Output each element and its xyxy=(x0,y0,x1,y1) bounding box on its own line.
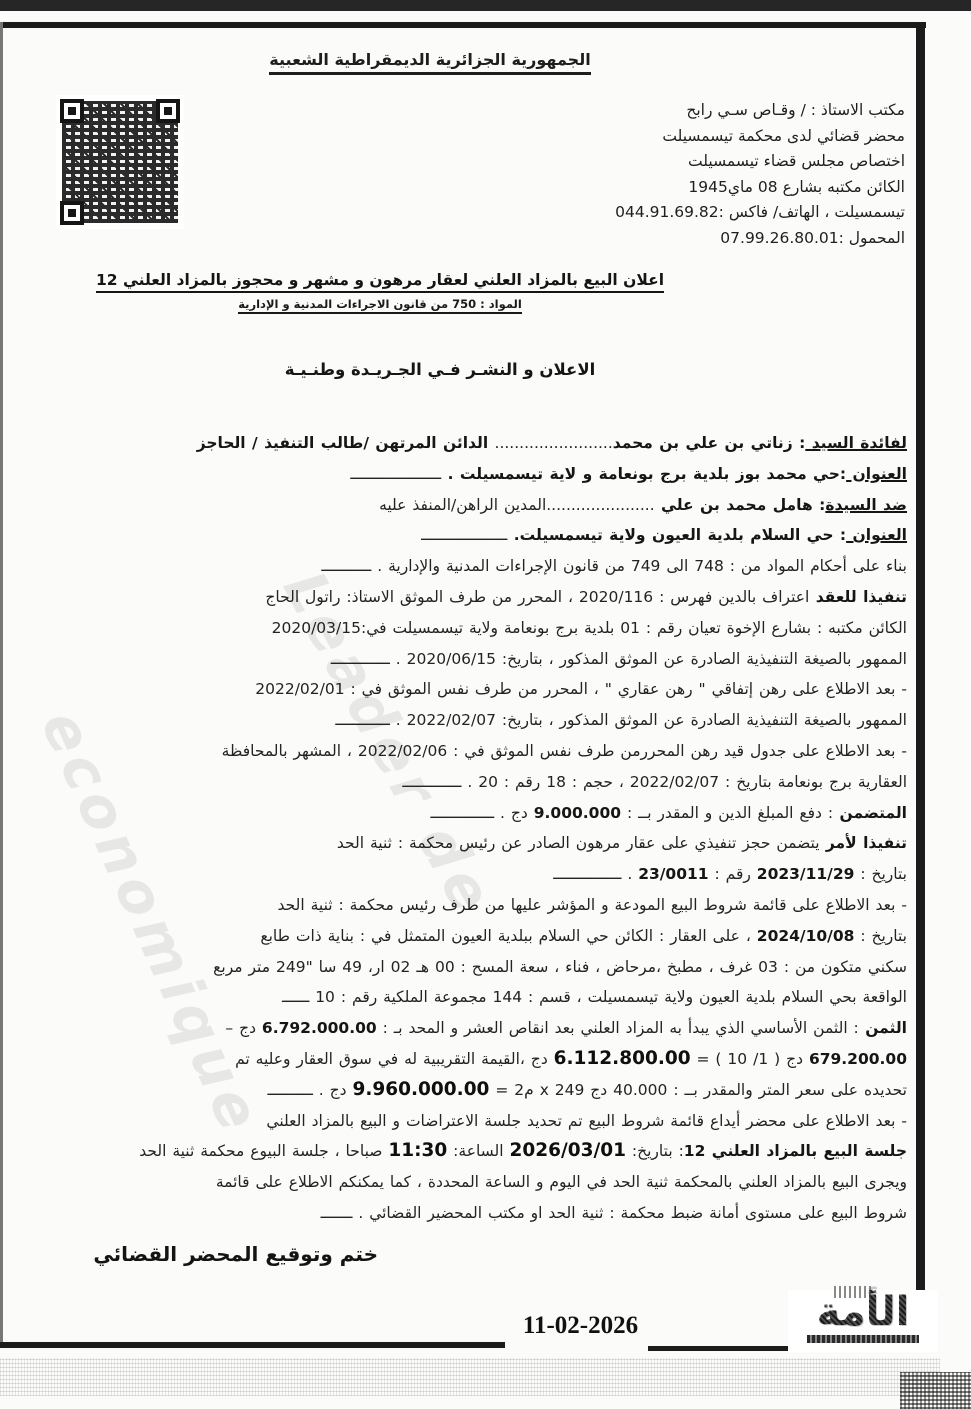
qr-finder-icon xyxy=(60,99,84,123)
republic-title: الجمهورية الجزائرية الديمقراطية الشعبية xyxy=(205,50,655,69)
publication-subtitle: الاعلان و النشـر فـي الجـريـدة وطنـيـة xyxy=(225,360,655,379)
body-line: العنوان : حي السلام بلدية العيون ولاية ت… xyxy=(55,520,907,551)
body-line: العقارية برج بونعامة بتاريخ : 2022/02/07… xyxy=(55,767,907,798)
notice-title: اعلان البيع بالمزاد العلني لعقار مرهون و… xyxy=(96,271,664,293)
body-line: بتاريخ : 2024/10/08 ، على العقار : الكائ… xyxy=(55,921,907,952)
document-frame-top xyxy=(0,22,926,28)
office-line: تيسمسيلت ، الهاتف/ فاكس :044.91.69.82 xyxy=(435,200,905,226)
body-line: - بعد الاطلاع على محضر أيداع قائمة شروط … xyxy=(55,1106,907,1137)
notice-articles: المواد : 750 من قانون الاجراءات المدنية … xyxy=(80,297,680,311)
notice-title-block: اعلان البيع بالمزاد العلني لعقار مرهون و… xyxy=(80,270,680,311)
body-line: - بعد الاطلاع على جدول قيد رهن المحررمن … xyxy=(55,736,907,767)
qr-pattern xyxy=(62,101,178,223)
body-line: سكني متكون من : 03 غرف ، مطبخ ،مرحاض ، ف… xyxy=(55,952,907,983)
body-line: ويجرى البيع بالمزاد العلني بالمحكمة ثنية… xyxy=(55,1167,907,1198)
body-line: لفائدة السيد : زناتي بن علي بن محمد.....… xyxy=(55,428,907,459)
document-frame-bottom xyxy=(648,1346,793,1351)
body-line: بتاريخ : 2023/11/29 رقم : 23/0011 . ــــ… xyxy=(55,859,907,890)
body-line: الواقعة بحي السلام بلدية العيون ولاية تي… xyxy=(55,982,907,1013)
document-frame-right xyxy=(916,22,925,1350)
body-line: الممهور بالصيغة التنفيذية الصادرة عن الم… xyxy=(55,705,907,736)
document-frame-left xyxy=(0,22,3,1348)
body-line: - بعد الاطلاع على قائمة شروط البيع المود… xyxy=(55,890,907,921)
body-line: الكائن مكتبه : بشارع الإخوة تعيان رقم : … xyxy=(55,613,907,644)
body-line: بناء على أحكام المواد من : 748 الى 749 م… xyxy=(55,551,907,582)
scan-halftone-strip xyxy=(0,1358,940,1396)
body-lines: لفائدة السيد : زناتي بن علي بن محمد.....… xyxy=(55,428,907,1229)
body-line: شروط البيع على مستوى أمانة ضبط محكمة : ث… xyxy=(55,1198,907,1229)
office-line: مكتب الاستاذ : / وقـاص سـي رابح xyxy=(435,98,905,124)
qr-code-icon xyxy=(56,95,184,229)
logo-tagline-bar xyxy=(807,1335,919,1343)
stamp-signature-line: ختم وتوقيع المحضر القضائي xyxy=(58,1242,378,1266)
qr-finder-icon xyxy=(156,99,180,123)
qr-finder-icon xyxy=(60,201,84,225)
body-line: تحديده على سعر المتر والمقدر بــ : 40.00… xyxy=(55,1075,907,1106)
scan-halftone-corner xyxy=(900,1372,971,1409)
office-line: الكائن مكتبه بشارع 08 ماي1945 xyxy=(435,175,905,201)
document-frame-bottom xyxy=(0,1342,505,1348)
body-line: الثمن : الثمن الأساسي الذي يبدأ به المزا… xyxy=(55,1013,907,1044)
body-line: جلسة البيع بالمزاد العلني 12: بتاريخ: 20… xyxy=(55,1136,907,1167)
body-line: تنفيذا لأمر يتضمن حجز تنفيذي على عقار مر… xyxy=(55,828,907,859)
publish-date: 11-02-2026 xyxy=(508,1312,653,1340)
office-line: اختصاص مجلس قضاء تيسمسيلت xyxy=(435,149,905,175)
body-line: - بعد الاطلاع على رهن إتفاقي " رهن عقاري… xyxy=(55,674,907,705)
bailiff-office-block: مكتب الاستاذ : / وقـاص سـي رابحمحضر قضائ… xyxy=(435,98,905,251)
scanned-legal-notice: { "page": {"kind": "إعلان قضائي ممسوح ضو… xyxy=(0,0,971,1409)
office-line: محضر قضائي لدى محكمة تيسمسيلت xyxy=(435,124,905,150)
scan-edge-bar xyxy=(0,0,971,11)
body-line: المتضمن : دفع المبلغ الدين و المقدر بــ … xyxy=(55,798,907,829)
office-line: المحمول :07.99.26.80.01 xyxy=(435,226,905,252)
body-line: 679.200.00 دج ( 1/ 10 ) = 6.112.800.00 د… xyxy=(55,1044,907,1075)
body-line: العنوان :حي محمد بوز بلدية برج بونعامة و… xyxy=(55,459,907,490)
logo-decoration-icon xyxy=(834,1286,874,1298)
body-line: تنفيذا للعقد اعتراف بالدين فهرس : 2020/1… xyxy=(55,582,907,613)
body-line: الممهور بالصيغة التنفيذية الصادرة عن الم… xyxy=(55,644,907,675)
newspaper-logo: الأمة xyxy=(788,1290,938,1352)
body-line: ضد السيدة: هامل محمد بن علي ............… xyxy=(55,490,907,521)
